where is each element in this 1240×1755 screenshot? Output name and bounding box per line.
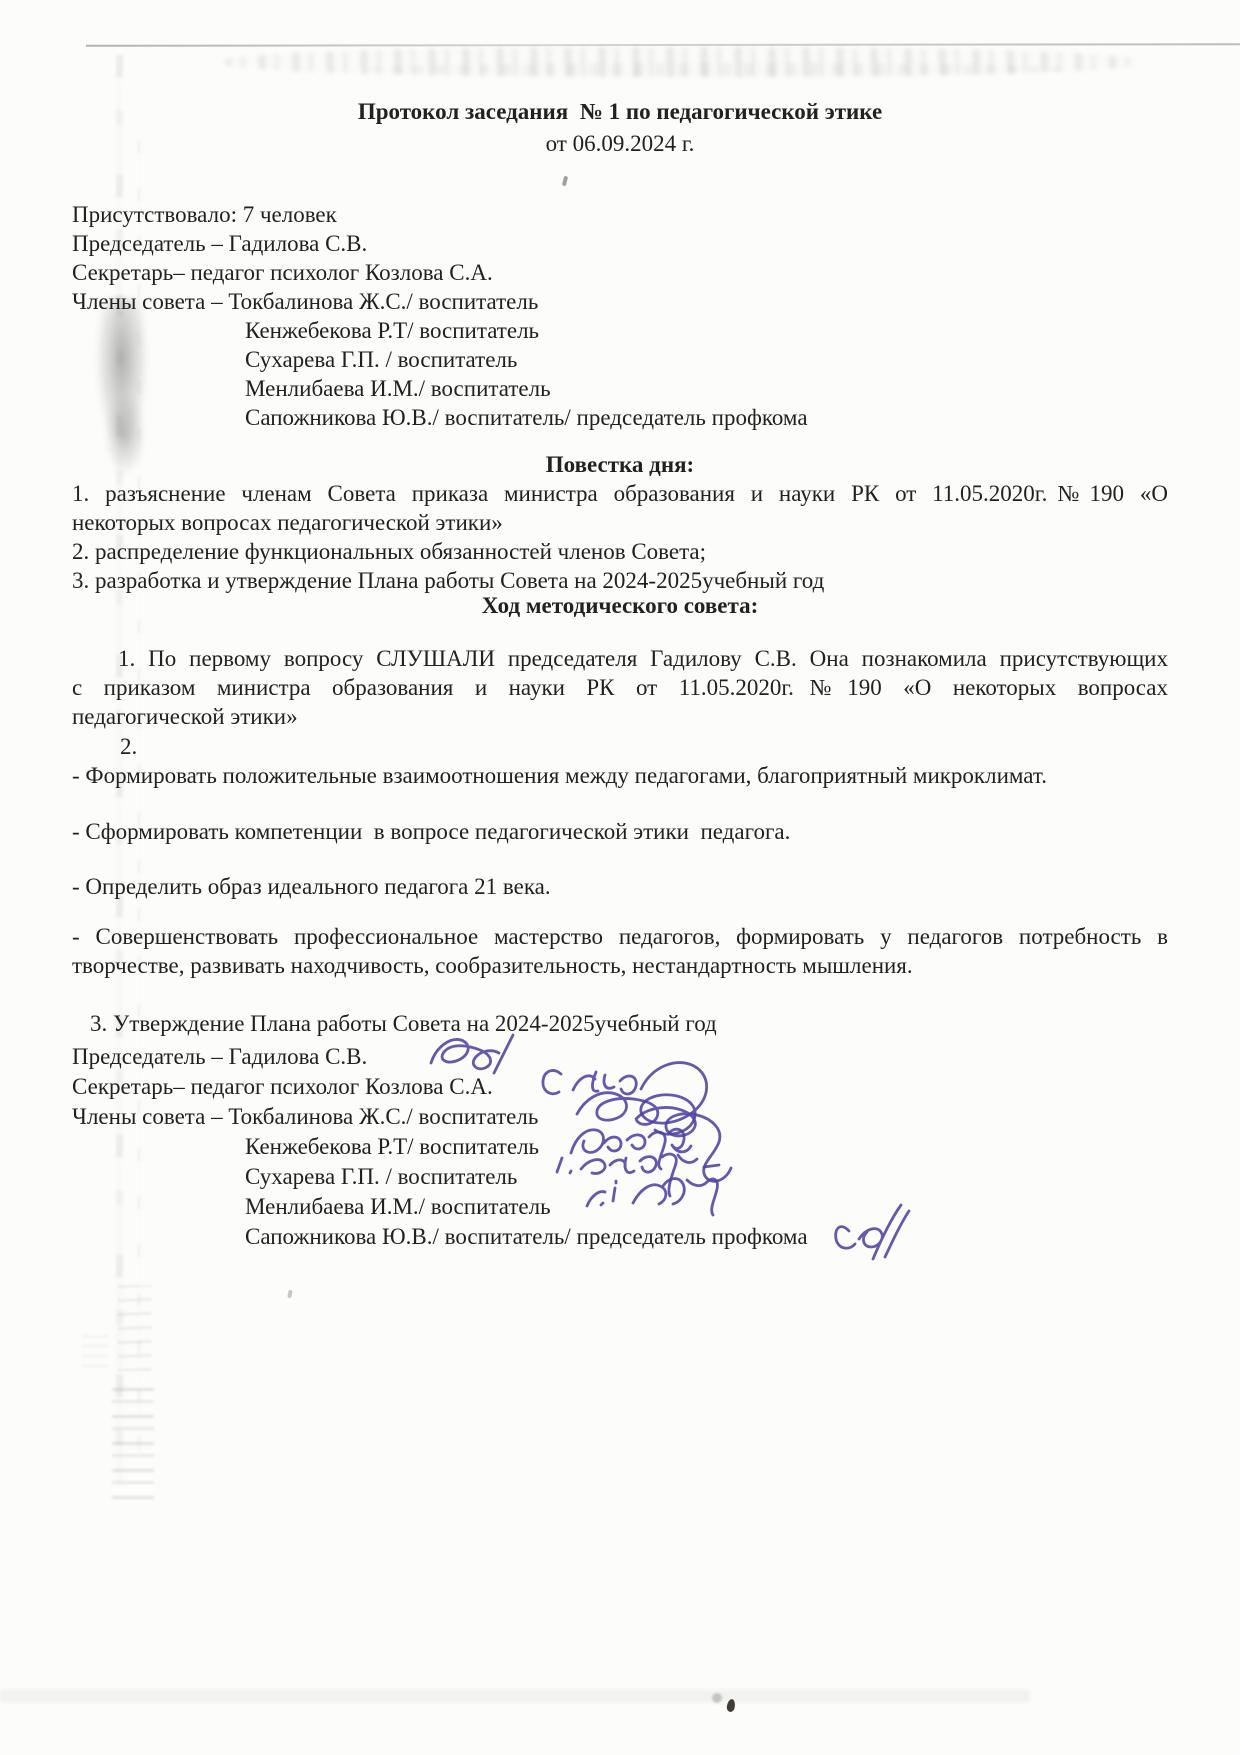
scan-bottom-shade <box>0 1690 1030 1702</box>
approval-line: 3. Утверждение Плана работы Совета на 20… <box>72 1009 1186 1038</box>
paragraph-line: 1. По первому вопросу СЛУШАЛИ председате… <box>72 644 1168 673</box>
bullet-line: творчестве, развивать находчивость, сооб… <box>72 951 1168 980</box>
document-title: Протокол заседания № 1 по педагогической… <box>0 97 1240 126</box>
scan-bottom-mark <box>726 1698 736 1712</box>
agenda-heading: Повестка дня: <box>0 450 1240 479</box>
member-line: Кенжебекова Р.Т/ воспитатель <box>72 316 1168 345</box>
scan-marks-left <box>112 1388 154 1500</box>
agenda-item: 2. распределение функциональных обязанно… <box>72 537 1168 566</box>
members-line: Члены совета – Токбалинова Ж.С./ воспита… <box>72 287 1168 316</box>
scan-smudge-top-2 <box>370 63 1070 76</box>
scan-bottom-smudge <box>712 1693 722 1703</box>
scanned-protocol-page: Протокол заседания № 1 по педагогической… <box>0 0 1240 1755</box>
signatures-block: Председатель – Гадилова С.В. Секретарь– … <box>72 1042 1168 1252</box>
bullet-item-wrapped: - Совершенствовать профессиональное маст… <box>72 922 1168 980</box>
member-line: Менлибаева И.М./ воспитатель <box>72 374 1168 403</box>
bullet-item: - Сформировать компетенции в вопросе пед… <box>72 817 1168 846</box>
course-heading: Ход методического совета: <box>0 591 1240 620</box>
scan-speckle-2 <box>287 1290 293 1299</box>
secretary-line: Секретарь– педагог психолог Козлова С.А. <box>72 258 1168 287</box>
agenda-item: 1. разъяснение членам Совета приказа мин… <box>72 479 1168 508</box>
scan-speckle <box>562 176 568 187</box>
attendees-block: Присутствовало: 7 человек Председатель –… <box>72 200 1168 432</box>
chairman-line: Председатель – Гадилова С.В. <box>72 229 1168 258</box>
member-sign-line: Сухарева Г.П. / воспитатель <box>72 1162 1168 1192</box>
bullet-item: - Определить образ идеального педагога 2… <box>72 872 1168 901</box>
paragraph-line: педагогической этики» <box>72 702 1168 731</box>
member-sign-line: Кенжебекова Р.Т/ воспитатель <box>72 1132 1168 1162</box>
scan-marks-left-3 <box>82 1335 108 1375</box>
question1-paragraph: 1. По первому вопросу СЛУШАЛИ председате… <box>72 644 1168 731</box>
agenda-item: некоторых вопросах педагогической этики» <box>72 508 1168 537</box>
agenda-block: 1. разъяснение членам Совета приказа мин… <box>72 479 1168 595</box>
secretary-sign-line: Секретарь– педагог психолог Козлова С.А. <box>72 1072 1168 1102</box>
member-sign-line: Сапожникова Ю.В./ воспитатель/ председат… <box>72 1222 1168 1252</box>
item2-marker: 2. <box>72 732 1216 761</box>
bullet-line: - Совершенствовать профессиональное маст… <box>72 922 1168 951</box>
present-count: Присутствовало: 7 человек <box>72 200 1168 229</box>
bullet-item: - Формировать положительные взаимоотноше… <box>72 761 1168 790</box>
member-line: Сапожникова Ю.В./ воспитатель/ председат… <box>72 403 1168 432</box>
scan-marks-left-2 <box>118 1285 152 1371</box>
document-date: от 06.09.2024 г. <box>0 129 1240 158</box>
paragraph-line: с приказом министра образования и науки … <box>72 673 1168 702</box>
member-line: Сухарева Г.П. / воспитатель <box>72 345 1168 374</box>
members-sign-line: Члены совета – Токбалинова Ж.С./ воспита… <box>72 1102 1168 1132</box>
chairman-sign-line: Председатель – Гадилова С.В. <box>72 1042 1168 1072</box>
member-sign-line: Менлибаева И.М./ воспитатель <box>72 1192 1168 1222</box>
